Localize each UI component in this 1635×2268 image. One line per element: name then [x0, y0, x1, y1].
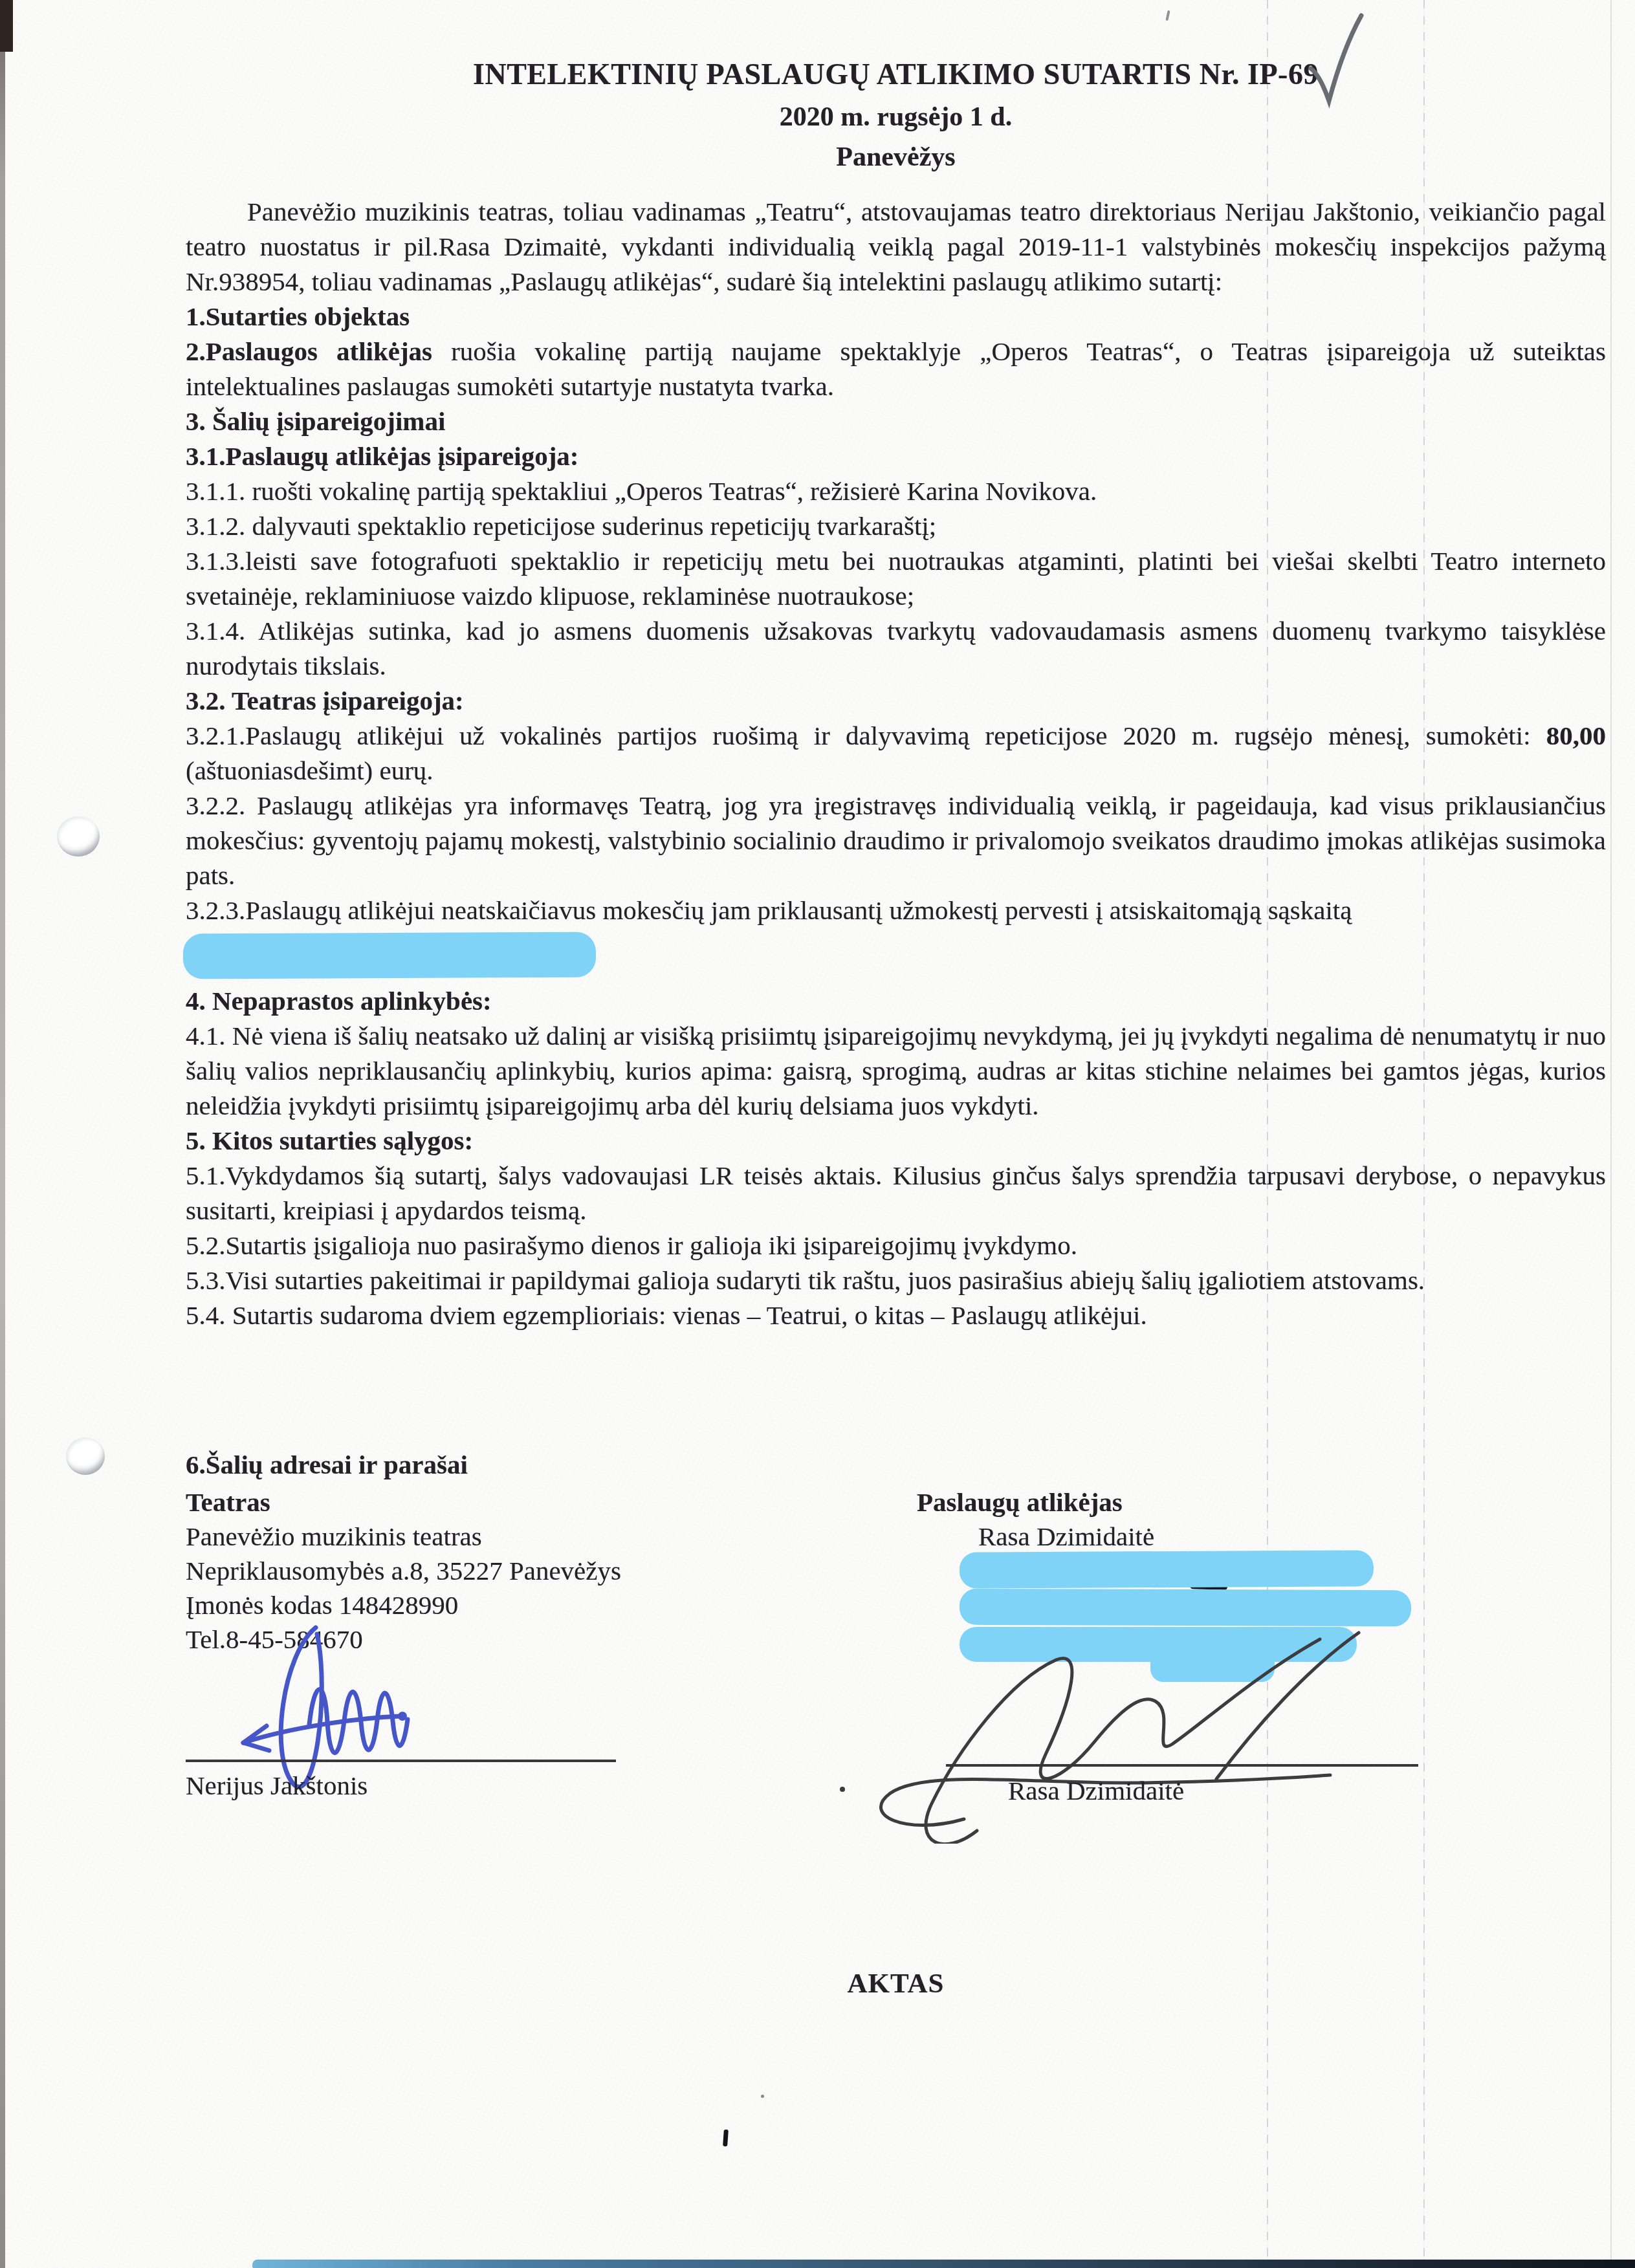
intro-paragraph: Panevėžio muzikinis teatras, toliau vadi… — [186, 194, 1606, 299]
teatras-address: Nepriklausomybės a.8, 35227 Panevėžys — [186, 1554, 621, 1588]
clause-5: 5. Kitos sutarties sąlygos: — [186, 1123, 1606, 1158]
ink-speck — [761, 2095, 764, 2098]
teatras-name: Panevėžio muzikinis teatras — [186, 1520, 482, 1554]
clause-3-1-4: 3.1.4. Atlikėjas sutinka, kad jo asmens … — [186, 613, 1606, 683]
scan-corner-mark — [0, 0, 13, 52]
ink-speck — [1165, 10, 1170, 21]
signature-line-teatras — [186, 1760, 616, 1762]
teatras-role: Teatras — [186, 1485, 270, 1520]
clause-3-1-3: 3.1.3.leisti save fotografuoti spektakli… — [186, 543, 1606, 613]
signature-line-atlikejas — [946, 1764, 1418, 1767]
clause-4: 4. Nepaprastos aplinkybės: — [186, 983, 1606, 1018]
scan-bottom-edge — [252, 2260, 1635, 2268]
scanned-contract-page: INTELEKTINIŲ PASLAUGŲ ATLIKIMO SUTARTIS … — [0, 0, 1635, 2268]
punch-hole — [57, 816, 100, 856]
redaction-bar — [960, 1589, 1411, 1626]
document-title: INTELEKTINIŲ PASLAUGŲ ATLIKIMO SUTARTIS … — [186, 57, 1606, 91]
clause-3-1: 3.1.Paslaugų atlikėjas įsipareigoja: — [186, 439, 1606, 474]
clause-1: 1.Sutarties objektas — [186, 299, 1606, 334]
contract-body: Panevėžio muzikinis teatras, toliau vadi… — [186, 194, 1606, 1333]
signature-black-ink — [867, 1630, 1410, 1844]
ink-dot — [840, 1787, 845, 1792]
scan-left-edge — [0, 0, 5, 2268]
clause-3-1-1: 3.1.1. ruošti vokalinę partiją spektakli… — [186, 474, 1606, 508]
clause-3-2-2: 3.2.2. Paslaugų atlikėjas yra informavęs… — [186, 788, 1606, 893]
clause-5-3: 5.3.Visi sutarties pakeitimai ir papildy… — [186, 1263, 1606, 1298]
signer-name-atlikejas: Rasa Dzimidaitė — [1008, 1775, 1184, 1806]
atlikejas-role: Paslaugų atlikėjas — [917, 1485, 1123, 1520]
clause-5-1: 5.1.Vykdydamos šią sutartį, šalys vadova… — [186, 1158, 1606, 1228]
checkmark-icon — [1306, 12, 1368, 113]
signer-name-teatras: Nerijus Jakštonis — [186, 1770, 368, 1801]
payment-amount: 80,00 — [1546, 721, 1606, 750]
punch-hole — [66, 1437, 105, 1475]
redaction-bar-account — [183, 932, 596, 979]
clause-4-1: 4.1. Nė viena iš šalių neatsako už dalin… — [186, 1018, 1606, 1123]
clause-2: 2.Paslaugos atlikėjas ruošia vokalinę pa… — [186, 334, 1606, 404]
atlikejas-name: Rasa Dzimidaitė — [978, 1520, 1154, 1554]
clause-3-2: 3.2. Teatras įsipareigoja: — [186, 683, 1606, 718]
parties-heading: 6.Šalių adresai ir parašai — [186, 1448, 468, 1482]
aktas-label: AKTAS — [186, 1968, 1606, 2000]
document-header: INTELEKTINIŲ PASLAUGŲ ATLIKIMO SUTARTIS … — [186, 57, 1606, 173]
clause-5-2: 5.2.Sutartis įsigalioja nuo pasirašymo d… — [186, 1228, 1606, 1263]
redaction-bar — [960, 1550, 1374, 1588]
clause-3: 3. Šalių įsipareigojimai — [186, 404, 1606, 439]
ink-speck — [723, 2130, 729, 2146]
clause-5-4: 5.4. Sutartis sudaroma dviem egzempliori… — [186, 1298, 1606, 1333]
clause-3-1-2: 3.1.2. dalyvauti spektaklio repeticijose… — [186, 508, 1606, 543]
clause-3-2-3: 3.2.3.Paslaugų atlikėjui neatskaičiavus … — [186, 893, 1606, 928]
document-city: Panevėžys — [186, 142, 1606, 173]
clause-3-2-1: 3.2.1.Paslaugų atlikėjui už vokalinės pa… — [186, 718, 1606, 788]
paper-right-edge — [1610, 0, 1612, 2268]
document-date: 2020 m. rugsėjo 1 d. — [186, 102, 1606, 133]
